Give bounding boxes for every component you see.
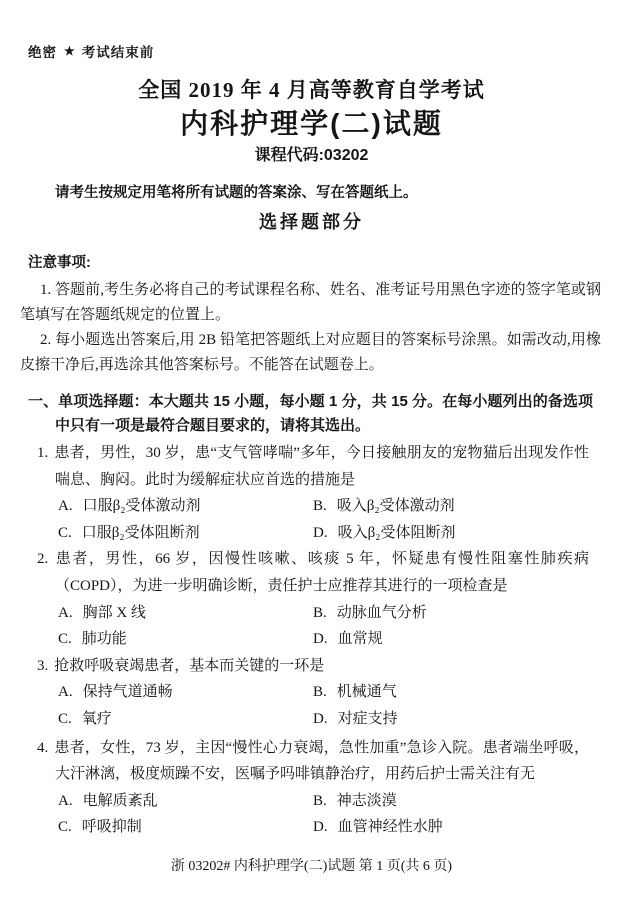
note-item-2: 2. 每小题选出答案后,用 2B 铅笔把答题纸上对应题目的答案标号涂黑。如需改动… [20, 328, 601, 378]
option-label: B. [313, 793, 327, 809]
option-label: D. [313, 631, 328, 647]
option-a: A.口服β₂受体激动剂 [58, 493, 313, 520]
page-title: 内科护理学(二)试题 [0, 102, 623, 142]
option-label: B. [313, 684, 327, 700]
option-text: 机械通气 [337, 684, 397, 700]
option-label: A. [58, 498, 73, 514]
option-grid: A.电解质紊乱 B.神志淡漠 C.呼吸抑制 D.血管神经性水肿 [20, 788, 589, 841]
option-a: A.保持气道通畅 [58, 679, 313, 706]
option-text: 口服β₂受体激动剂 [83, 498, 201, 514]
option-text: 动脉血气分析 [337, 605, 427, 621]
notes-section: 注意事项: 1. 答题前,考生务必将自己的考试课程名称、姓名、准考证号用黑色字迹… [20, 250, 601, 378]
option-text: 保持气道通畅 [83, 684, 173, 700]
part-one-heading: 一、单项选择题：本大题共 15 小题，每小题 1 分，共 15 分。在每小题列出… [20, 390, 593, 438]
answer-sheet-instruction: 请考生按规定用笔将所有试题的答案涂、写在答题纸上。 [55, 181, 418, 202]
option-b: B.动脉血气分析 [313, 600, 589, 627]
option-text: 神志淡漠 [337, 793, 397, 809]
question-stem: 2.患者，男性，66 岁，因慢性咳嗽、咳痰 5 年，怀疑患有慢性阻塞性肺疾病（C… [20, 546, 589, 599]
option-a: A.胸部 X 线 [58, 600, 313, 627]
question-number: 4. [37, 740, 48, 756]
option-label: B. [313, 498, 327, 514]
notes-heading: 注意事项: [28, 250, 601, 276]
option-d: D.对症支持 [313, 706, 589, 733]
classification-suffix: 考试结束前 [82, 41, 155, 61]
page-footer: 浙 03202# 内科护理学(二)试题 第 1 页(共 6 页) [0, 855, 623, 875]
option-text: 氧疗 [82, 711, 112, 727]
option-label: D. [313, 711, 328, 727]
question-text: 患者，女性，73 岁，主因“慢性心力衰竭，急性加重”急诊入院。患者端坐呼吸，大汗… [54, 740, 589, 783]
option-b: B.神志淡漠 [313, 788, 589, 815]
question-text: 患者，男性，30 岁，患“支气管哮喘”多年，今日接触朋友的宠物猫后出现发作性喘息… [54, 445, 589, 488]
note-item-1: 1. 答题前,考生务必将自己的考试课程名称、姓名、准考证号用黑色字迹的签字笔或钢… [20, 278, 601, 328]
section-title: 选择题部分 [0, 208, 623, 234]
option-text: 电解质紊乱 [83, 793, 158, 809]
option-label: C. [58, 631, 72, 647]
option-text: 口服β₂受体阻断剂 [82, 525, 200, 541]
option-text: 肺功能 [82, 631, 127, 647]
option-text: 吸入β₂受体激动剂 [337, 498, 455, 514]
option-d: D.血管神经性水肿 [313, 814, 589, 841]
classification-prefix: 绝密 [28, 41, 57, 61]
question-number: 1. [37, 445, 48, 461]
question-3: 3.抢救呼吸衰竭患者，基本而关键的一环是 A.保持气道通畅 B.机械通气 C.氧… [20, 653, 589, 733]
option-text: 呼吸抑制 [82, 819, 142, 835]
question-2: 2.患者，男性，66 岁，因慢性咳嗽、咳痰 5 年，怀疑患有慢性阻塞性肺疾病（C… [20, 546, 589, 652]
option-b: B.机械通气 [313, 679, 589, 706]
option-c: C.口服β₂受体阻断剂 [58, 520, 313, 547]
question-text: 抢救呼吸衰竭患者，基本而关键的一环是 [54, 658, 324, 674]
option-label: A. [58, 684, 73, 700]
option-grid: A.口服β₂受体激动剂 B.吸入β₂受体激动剂 C.口服β₂受体阻断剂 D.吸入… [20, 493, 589, 546]
question-1: 1.患者，男性，30 岁，患“支气管哮喘”多年，今日接触朋友的宠物猫后出现发作性… [20, 440, 589, 546]
option-label: C. [58, 819, 72, 835]
option-grid: A.胸部 X 线 B.动脉血气分析 C.肺功能 D.血常规 [20, 600, 589, 653]
question-stem: 1.患者，男性，30 岁，患“支气管哮喘”多年，今日接触朋友的宠物猫后出现发作性… [20, 440, 589, 493]
course-code: 课程代码:03202 [0, 142, 623, 165]
option-d: D.吸入β₂受体阻断剂 [313, 520, 589, 547]
option-label: B. [313, 605, 327, 621]
question-number: 2. [37, 551, 48, 567]
question-number: 3. [37, 658, 48, 674]
option-c: C.呼吸抑制 [58, 814, 313, 841]
question-list: 1.患者，男性，30 岁，患“支气管哮喘”多年，今日接触朋友的宠物猫后出现发作性… [20, 440, 589, 841]
exam-paper-page: 绝密 ★ 考试结束前 全国 2019 年 4 月高等教育自学考试 内科护理学(二… [0, 0, 623, 897]
question-4: 4.患者，女性，73 岁，主因“慢性心力衰竭，急性加重”急诊入院。患者端坐呼吸，… [20, 735, 589, 841]
option-label: D. [313, 819, 328, 835]
option-text: 血管神经性水肿 [338, 819, 443, 835]
question-text: 患者，男性，66 岁，因慢性咳嗽、咳痰 5 年，怀疑患有慢性阻塞性肺疾病（COP… [54, 551, 589, 594]
option-label: D. [313, 525, 328, 541]
option-grid: A.保持气道通畅 B.机械通气 C.氧疗 D.对症支持 [20, 679, 589, 732]
question-stem: 4.患者，女性，73 岁，主因“慢性心力衰竭，急性加重”急诊入院。患者端坐呼吸，… [20, 735, 589, 788]
option-d: D.血常规 [313, 626, 589, 653]
option-c: C.肺功能 [58, 626, 313, 653]
option-b: B.吸入β₂受体激动剂 [313, 493, 589, 520]
question-stem: 3.抢救呼吸衰竭患者，基本而关键的一环是 [20, 653, 589, 680]
option-label: A. [58, 605, 73, 621]
option-label: C. [58, 711, 72, 727]
option-c: C.氧疗 [58, 706, 313, 733]
option-text: 血常规 [338, 631, 383, 647]
option-a: A.电解质紊乱 [58, 788, 313, 815]
star-icon: ★ [64, 44, 75, 58]
option-label: A. [58, 793, 73, 809]
option-text: 吸入β₂受体阻断剂 [338, 525, 456, 541]
option-text: 胸部 X 线 [83, 605, 146, 621]
classification-banner: 绝密 ★ 考试结束前 [28, 41, 154, 61]
option-label: C. [58, 525, 72, 541]
option-text: 对症支持 [338, 711, 398, 727]
exam-session-title: 全国 2019 年 4 月高等教育自学考试 [0, 74, 623, 104]
